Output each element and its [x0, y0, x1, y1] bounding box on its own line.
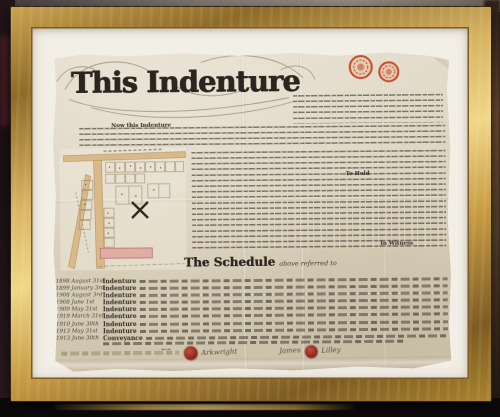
signature: James — [279, 346, 301, 355]
framed-indenture-photo: This Indenture Now this Indenture To Hol… — [0, 0, 500, 417]
deed-title: This Indenture — [71, 64, 300, 100]
highlighted-parcel — [100, 248, 152, 258]
handwritten-text-block — [293, 92, 443, 123]
schedule-keyword: Conveyance — [103, 335, 143, 342]
docket-mark: ~·~ — [161, 347, 171, 353]
wax-seal — [184, 346, 197, 359]
plat-map — [57, 146, 188, 274]
keyword-now-this-indenture: Now this Indenture — [111, 123, 171, 130]
schedule-table: 1898 August 31stIndenture 1899 January 3… — [56, 275, 449, 342]
schedule-heading: The Scheduleabove referred to — [170, 250, 350, 271]
wax-seal — [305, 345, 317, 357]
deed-title-text: This Indenture — [71, 64, 300, 100]
schedule-heading-suffix: above referred to — [279, 259, 337, 268]
background-red-blur — [0, 36, 10, 126]
schedule-heading-text: The Schedule — [184, 255, 275, 270]
signature: Lilley — [321, 346, 341, 355]
parchment-deed: This Indenture Now this Indenture To Hol… — [51, 50, 454, 373]
shelf-gold-reflection — [55, 404, 355, 410]
schedule-date: 1913 June 30th — [56, 335, 103, 342]
handwritten-text-block — [191, 148, 446, 250]
revenue-stamps-icon — [345, 53, 407, 88]
keyword-to-hold: To Hold — [346, 171, 370, 177]
signature: Arkwright — [201, 348, 237, 358]
keyword-in-witness: In Witness — [380, 241, 413, 247]
